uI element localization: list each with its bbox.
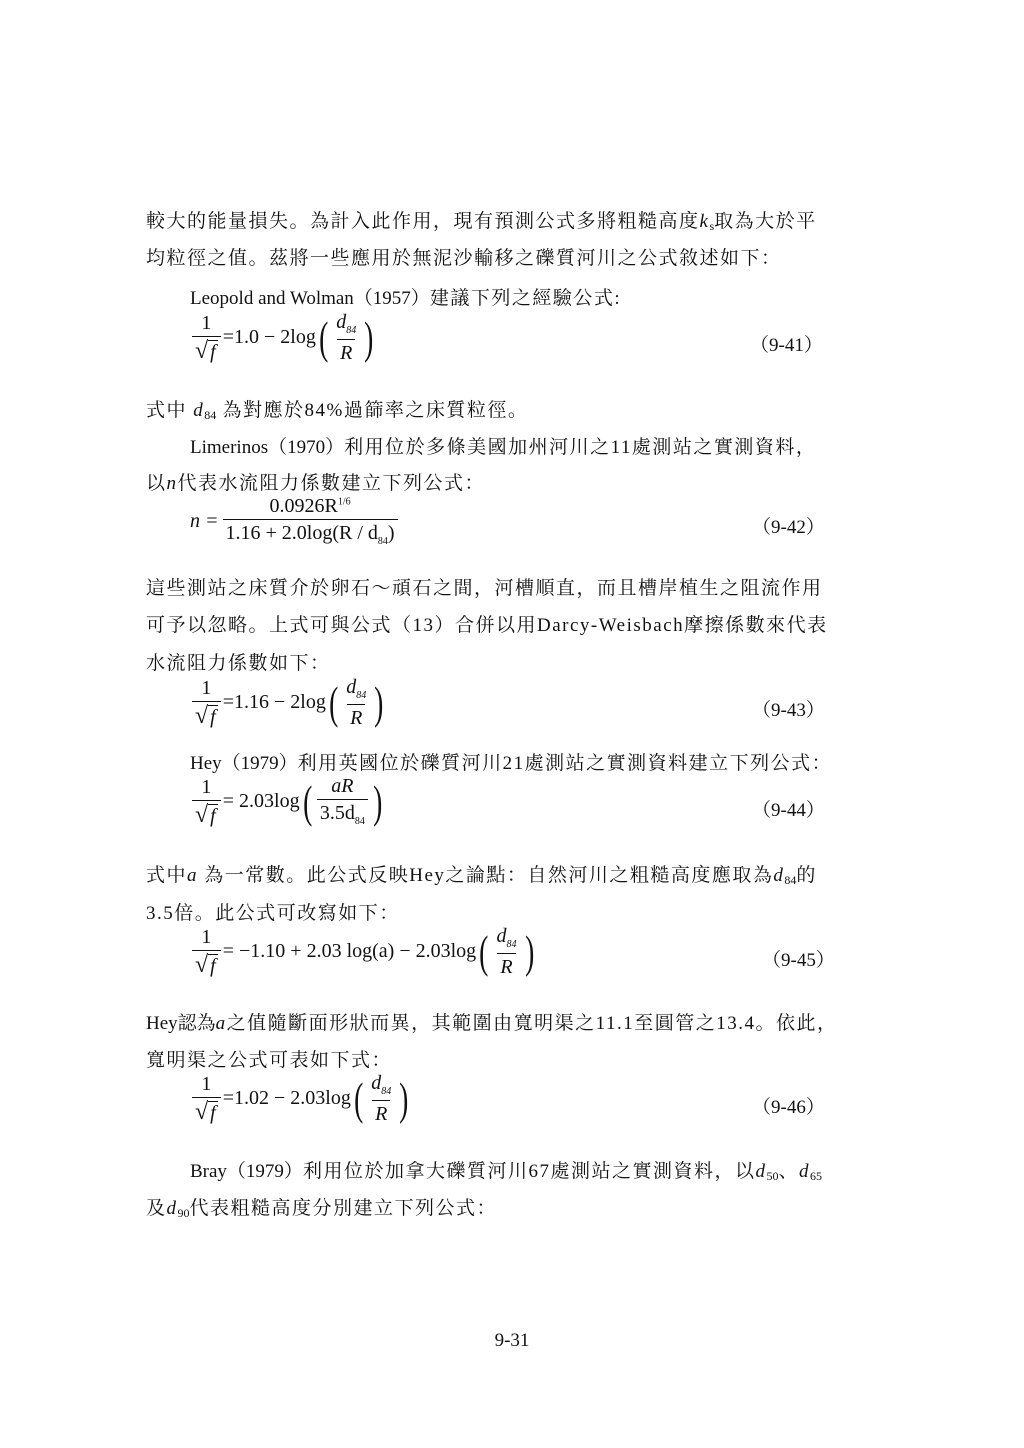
equation-number: （9-41）	[750, 330, 823, 357]
text: 式中	[146, 865, 187, 886]
paren-group: (d84R)	[476, 926, 537, 978]
numerator: 1	[198, 678, 214, 701]
subscript: 84	[356, 690, 366, 701]
numerator: 1	[198, 1074, 214, 1097]
denominator: R	[497, 953, 515, 978]
left-paren: (	[354, 1076, 363, 1122]
equation-number: （9-45）	[762, 945, 835, 972]
left-paren: (	[329, 680, 338, 726]
text: 利用位於多條美國加州河川之11處測站之實測資料，	[344, 437, 816, 458]
variable-a: a	[216, 1013, 227, 1034]
fraction: aR3.5d84	[317, 776, 368, 827]
denominator: √f	[192, 1097, 221, 1124]
numerator: 1	[198, 313, 214, 336]
right-paren: )	[373, 779, 382, 825]
fraction: d84R	[333, 312, 359, 364]
citation: Leopold and Wolman（1957）	[190, 288, 430, 309]
sqrt: √f	[195, 1100, 218, 1124]
paren-group: (d84R)	[351, 1073, 412, 1125]
subscript: 65	[810, 1169, 822, 1183]
paren-group: (d84R)	[326, 677, 387, 729]
variable-n: n	[167, 473, 178, 494]
left-paren: (	[303, 779, 312, 825]
numerator: d84	[333, 312, 359, 339]
variable-d: d	[773, 865, 784, 886]
rhs: =1.16 − 2log	[223, 691, 326, 714]
lhs: n =	[190, 510, 219, 533]
denominator: √f	[192, 701, 221, 728]
paragraph-line: 均粒徑之值。茲將一些應用於無泥沙輸移之礫質河川之公式敘述如下：	[146, 243, 782, 270]
sqrt: √f	[195, 803, 218, 827]
variable-d: d	[799, 1161, 810, 1182]
rhs: =1.02 − 2.03log	[223, 1087, 351, 1110]
sqrt: √f	[195, 953, 218, 977]
fraction: 1√f	[192, 927, 221, 977]
denominator: √f	[192, 336, 221, 363]
sqrt-icon: √	[195, 803, 208, 827]
text: 為一常數。此公式反映Hey之論點：自然河川之粗糙高度應取為	[198, 865, 773, 886]
variable-k: k	[700, 211, 710, 232]
sqrt: √f	[195, 704, 218, 728]
num-text: 0.0926R	[269, 495, 337, 517]
subscript: 84	[381, 1086, 391, 1097]
subscript: 84	[378, 536, 388, 547]
rhs: = 2.03log	[223, 790, 300, 813]
subscript: 50	[766, 1169, 778, 1183]
text: Hey認為	[146, 1013, 216, 1034]
radicand: f	[208, 340, 218, 363]
numerator: 0.0926R1/6	[229, 496, 390, 519]
denominator: 3.5d84	[317, 799, 368, 827]
denominator: R	[337, 339, 355, 364]
right-paren: )	[374, 680, 383, 726]
subscript: 84	[355, 816, 365, 827]
numerator: 1	[198, 927, 214, 950]
fraction: 1√f	[192, 777, 221, 827]
equation-9-44: 1√f = 2.03log (aR3.5d84)	[190, 776, 385, 827]
fraction: d84R	[494, 926, 520, 978]
subscript: 84	[204, 408, 216, 422]
equation-number: （9-46）	[752, 1092, 825, 1119]
left-paren: (	[319, 315, 328, 361]
paragraph-line: 3.5倍。此公式可改寫如下：	[146, 898, 400, 925]
radicand: f	[208, 705, 218, 728]
variable-a: a	[187, 865, 198, 886]
subscript: 84	[346, 325, 356, 336]
var: d	[346, 676, 356, 698]
paragraph-line: Hey認為a之值隨斷面形狀而異，其範圍由寬明渠之11.1至圓管之13.4。依此，	[146, 1008, 837, 1035]
subscript: 90	[178, 1206, 190, 1220]
text: 及	[146, 1198, 167, 1219]
numerator: d84	[368, 1073, 394, 1100]
denominator: R	[347, 704, 365, 729]
fraction: 1√f	[192, 678, 221, 728]
text: 水流阻力係數如下：	[146, 653, 331, 674]
paragraph-line: 及d90代表粗糙高度分別建立下列公式：	[146, 1193, 497, 1221]
variable-d: d	[755, 1161, 766, 1182]
paragraph-line: 水流阻力係數如下：	[146, 648, 331, 675]
paren-group: (aR3.5d84)	[300, 776, 386, 827]
citation: Hey（1979）	[190, 753, 298, 774]
text: 均粒徑之值。茲將一些應用於無泥沙輸移之礫質河川之公式敘述如下：	[146, 248, 782, 269]
text: 之值隨斷面形狀而異，其範圍由寬明渠之11.1至圓管之13.4。依此，	[227, 1013, 838, 1034]
text: 以	[146, 473, 167, 494]
den-text: 1.16 + 2.0log(R / d	[226, 522, 378, 544]
text: 寬明渠之公式可表如下式：	[146, 1050, 392, 1071]
sqrt-icon: √	[195, 339, 208, 363]
denominator: R	[372, 1100, 390, 1125]
sqrt: √f	[195, 339, 218, 363]
text: 3.5倍。此公式可改寫如下：	[146, 903, 400, 924]
paragraph-line: Leopold and Wolman（1957）建議下列之經驗公式:	[190, 283, 621, 310]
paragraph-line: Hey（1979）利用英國位於礫質河川21處測站之實測資料建立下列公式：	[190, 748, 832, 775]
text: 建議下列之經驗公式:	[430, 288, 621, 309]
equation-9-45: 1√f = −1.10 + 2.03 log(a) − 2.03log (d84…	[190, 926, 537, 978]
numerator: d84	[343, 677, 369, 704]
equation-9-43: 1√f =1.16 − 2log (d84R)	[190, 677, 387, 729]
citation: Limerinos（1970）	[190, 437, 344, 458]
var: d	[497, 925, 507, 947]
text: 式中	[146, 400, 193, 421]
denominator: 1.16 + 2.0log(R / d84)	[223, 519, 398, 547]
fraction: d84R	[343, 677, 369, 729]
page-number: 9-31	[0, 1330, 1024, 1352]
fraction: 1√f	[192, 313, 221, 363]
den-text: 3.5d	[320, 802, 355, 824]
fraction: 1√f	[192, 1074, 221, 1124]
numerator: d84	[494, 926, 520, 953]
paren-group: (d84R)	[316, 312, 377, 364]
text: 、	[778, 1161, 799, 1182]
paragraph-line: Limerinos（1970）利用位於多條美國加州河川之11處測站之實測資料，	[190, 432, 816, 459]
equation-9-42: n = 0.0926R1/6 1.16 + 2.0log(R / d84)	[190, 496, 400, 547]
paragraph-line: Bray（1979）利用位於加拿大礫質河川67處測站之實測資料，以d50、d65	[190, 1156, 822, 1184]
text: 可予以忽略。上式可與公式（13）合併以用Darcy-Weisbach摩擦係數來代…	[146, 615, 828, 636]
text: 為對應於84%過篩率之床質粒徑。	[216, 400, 528, 421]
text: 這些測站之床質介於卵石～頑石之間，河槽順直，而且槽岸植生之阻流作用	[146, 578, 823, 599]
var: d	[371, 1072, 381, 1094]
equation-number: （9-42）	[752, 512, 825, 539]
var: d	[336, 311, 346, 333]
text: 較大的能量損失。為計入此作用，現有預測公式多將粗糙高度	[146, 211, 700, 232]
denominator: √f	[192, 950, 221, 977]
superscript: 1/6	[338, 496, 351, 507]
rhs: =1.0 − 2log	[223, 326, 316, 349]
sqrt-icon: √	[195, 953, 208, 977]
equation-number: （9-44）	[752, 795, 825, 822]
text: 代表水流阻力係數建立下列公式：	[178, 473, 486, 494]
paragraph-line: 寬明渠之公式可表如下式：	[146, 1045, 392, 1072]
text: 的	[796, 865, 817, 886]
text: 代表粗糙高度分別建立下列公式：	[190, 1198, 498, 1219]
sqrt-icon: √	[195, 1100, 208, 1124]
text: 利用位於加拿大礫質河川67處測站之實測資料，以	[303, 1161, 756, 1182]
equation-9-41: 1√f =1.0 − 2log (d84R)	[190, 312, 377, 364]
radicand: f	[208, 954, 218, 977]
paragraph-line: 較大的能量損失。為計入此作用，現有預測公式多將粗糙高度ks取為大於平	[146, 206, 817, 234]
paragraph-line: 可予以忽略。上式可與公式（13）合併以用Darcy-Weisbach摩擦係數來代…	[146, 610, 828, 637]
radicand: f	[208, 1101, 218, 1124]
left-paren: (	[479, 929, 488, 975]
sqrt-icon: √	[195, 704, 208, 728]
subscript: 84	[507, 939, 517, 950]
close-paren: )	[388, 522, 395, 544]
rhs: = −1.10 + 2.03 log(a) − 2.03log	[223, 940, 476, 963]
variable-d: d	[167, 1198, 178, 1219]
text: 取為大於平	[714, 211, 817, 232]
equation-9-46: 1√f =1.02 − 2.03log (d84R)	[190, 1073, 412, 1125]
paragraph-line: 這些測站之床質介於卵石～頑石之間，河槽順直，而且槽岸植生之阻流作用	[146, 573, 823, 600]
numerator: aR	[319, 776, 365, 799]
right-paren: )	[399, 1076, 408, 1122]
right-paren: )	[525, 929, 534, 975]
radicand: f	[208, 804, 218, 827]
fraction: 0.0926R1/6 1.16 + 2.0log(R / d84)	[223, 496, 398, 547]
right-paren: )	[364, 315, 373, 361]
fraction: d84R	[368, 1073, 394, 1125]
text: 利用英國位於礫質河川21處測站之實測資料建立下列公式：	[298, 753, 833, 774]
paragraph-line: 以n代表水流阻力係數建立下列公式：	[146, 468, 485, 495]
denominator: √f	[192, 800, 221, 827]
variable-d: d	[193, 400, 204, 421]
citation: Bray（1979）	[190, 1161, 303, 1182]
subscript: 84	[784, 873, 796, 887]
equation-number: （9-43）	[752, 695, 825, 722]
paragraph-line: 式中a 為一常數。此公式反映Hey之論點：自然河川之粗糙高度應取為d84的	[146, 860, 817, 888]
numerator: 1	[198, 777, 214, 800]
paragraph-line: 式中 d84 為對應於84%過篩率之床質粒徑。	[146, 395, 528, 423]
